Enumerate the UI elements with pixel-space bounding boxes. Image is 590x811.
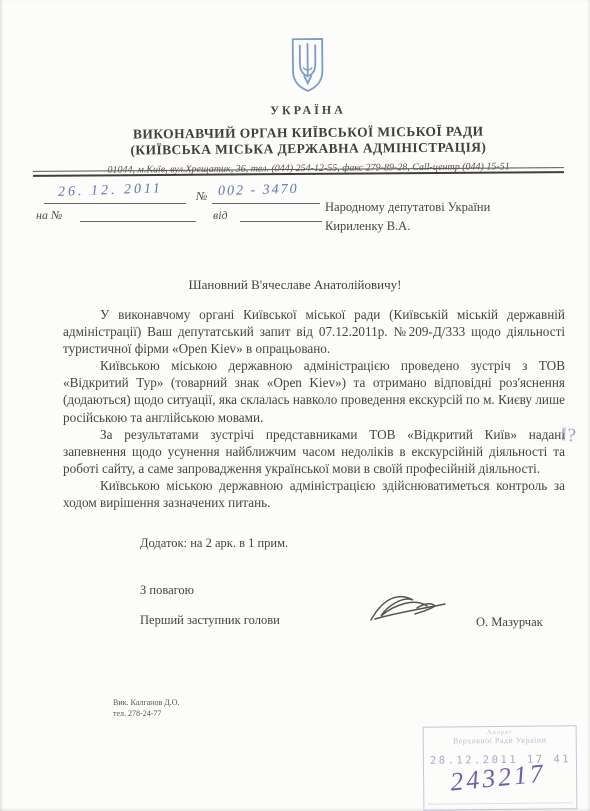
executor-phone: тел. 278-24-77	[113, 709, 179, 720]
signature-ink	[365, 586, 460, 631]
on-number-label: на №	[36, 208, 62, 223]
stamp-bottom-dotted-line	[428, 802, 572, 805]
letterhead: УКРАЇНА ВИКОНАВЧИЙ ОРГАН КИЇВСЬКОЇ МІСЬК…	[33, 34, 582, 177]
margin-pen-note: ‖?	[560, 424, 577, 447]
receipt-stamp: Апарат Верховної Ради України 28.12.2011…	[423, 725, 578, 811]
signer-name: О. Мазурчак	[476, 615, 543, 630]
closing-regards: З повагою	[140, 583, 194, 598]
outgoing-number-handwritten: 002 - 3470	[218, 182, 299, 200]
salutation: Шановний В'ячеславе Анатолійовичу!	[0, 277, 590, 293]
body-paragraph: Київською міською державною адміністраці…	[63, 357, 565, 425]
date-underline	[44, 203, 186, 204]
number-underline	[212, 203, 320, 204]
org-name-line2: (КИЇВСЬКА МІСЬКА ДЕРЖАВНА АДМІНІСТРАЦІЯ)	[34, 139, 582, 160]
body-paragraph: Київською міською державною адміністраці…	[63, 477, 565, 511]
letter-body: У виконавчому органі Київської міської р…	[63, 306, 565, 511]
executor-block: Вик. Калганов Д.О. тел. 278-24-77	[113, 698, 179, 719]
outgoing-date-handwritten: 26. 12. 2011	[58, 181, 163, 201]
from-label: від	[213, 208, 228, 223]
signer-title: Перший заступник голови	[140, 613, 280, 628]
number-label: №	[196, 189, 207, 204]
scanned-letter-page: УКРАЇНА ВИКОНАВЧИЙ ОРГАН КИЇВСЬКОЇ МІСЬК…	[0, 0, 590, 811]
executor-name: Вик. Калганов Д.О.	[113, 698, 179, 709]
body-paragraph: У виконавчому органі Київської міської р…	[63, 306, 565, 357]
on-number-underline	[80, 221, 196, 222]
country-name: УКРАЇНА	[34, 101, 582, 121]
ukraine-trident-emblem-icon	[286, 36, 329, 94]
stamp-org-line2: Верховної Ради України	[424, 735, 576, 746]
addressee-line2: Кириленку В.А.	[325, 217, 490, 236]
attachment-note: Додаток: на 2 арк. в 1 прим.	[140, 536, 288, 551]
from-underline	[240, 221, 322, 222]
body-paragraph: За результатами зустрічі представниками …	[63, 426, 565, 477]
addressee-line1: Народному депутатові України	[325, 198, 490, 217]
addressee-block: Народному депутатові України Кириленку В…	[325, 198, 490, 235]
